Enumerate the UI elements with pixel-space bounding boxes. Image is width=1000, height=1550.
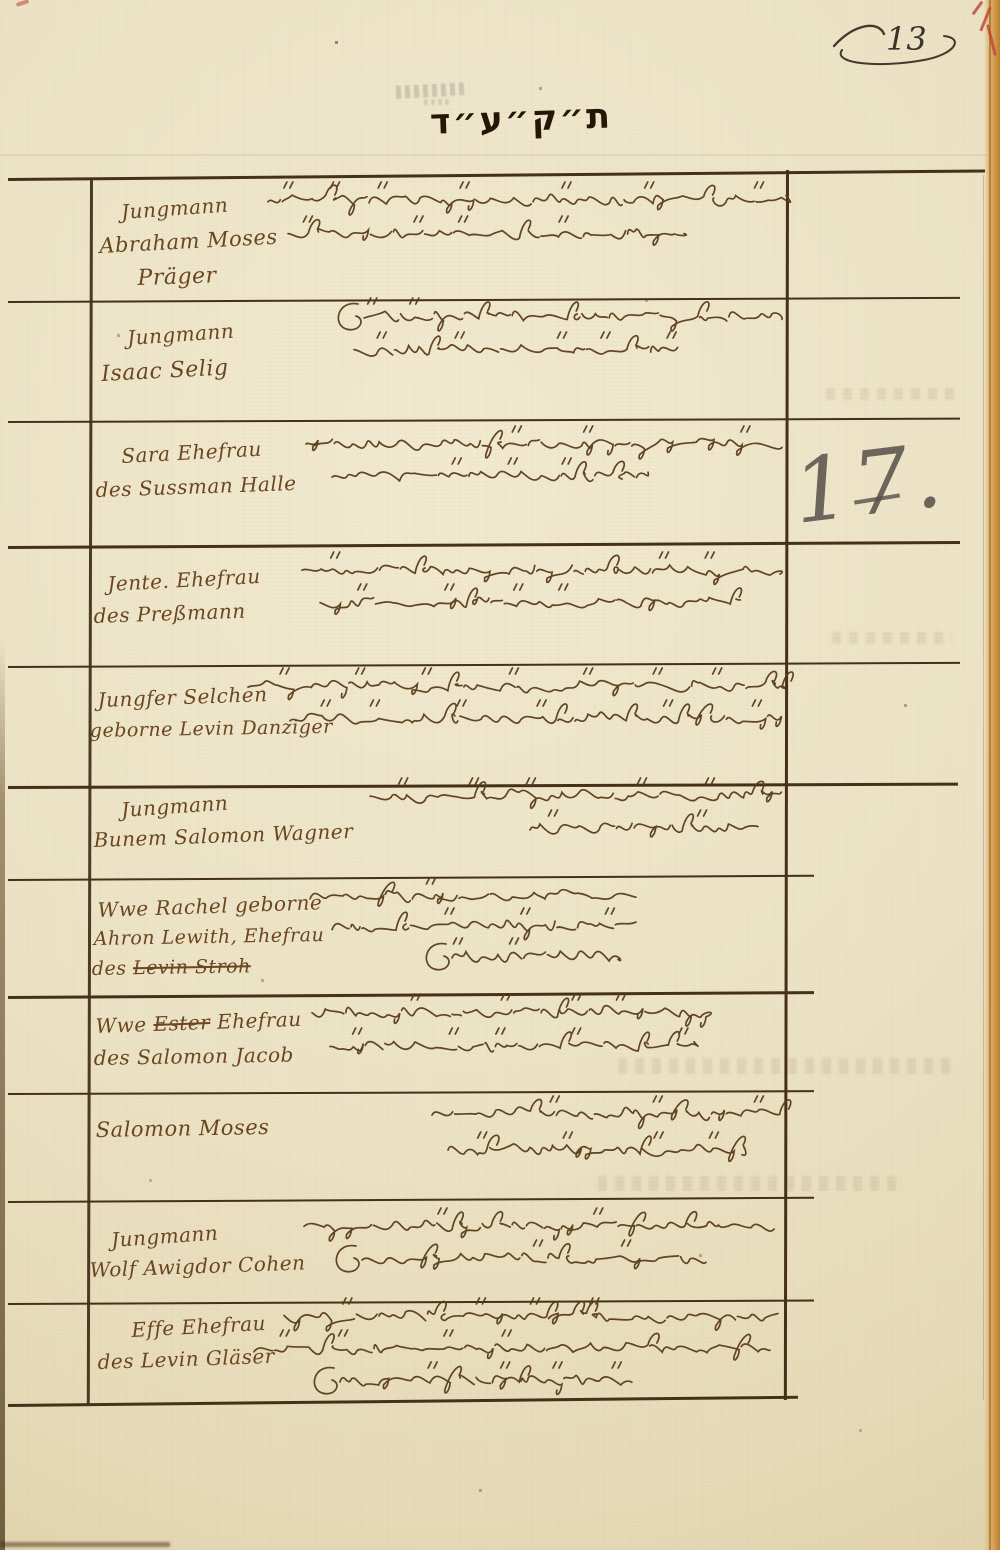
bleed-through-text	[618, 1058, 958, 1074]
entry-6-hebrew-script-line-2	[528, 808, 760, 852]
entry-1-name-line-1: Jungmann	[120, 193, 229, 224]
manuscript-page: 13 ת״ק״ע״ד JungmannAbraham MosesPrägerJu…	[0, 0, 1000, 1550]
struck-text: Ester	[153, 1010, 211, 1036]
entry-3-name-line-2: des Sussman Halle	[95, 471, 297, 502]
table-rule-v-2	[983, 175, 984, 1400]
red-crayon-mark	[16, 0, 30, 7]
page-bottom-edge	[0, 1542, 170, 1547]
entry-4-name-line-2: des Preßmann	[93, 599, 246, 628]
entry-11-name-line-2: des Levin Gläser	[97, 1344, 275, 1374]
entry-11-hebrew-script-line-3	[308, 1360, 636, 1404]
entry-8-name-line-2: des Salomon Jacob	[94, 1043, 294, 1070]
entry-1-name-line-2: Abraham Moses	[99, 225, 278, 258]
table-rule-v-0	[87, 178, 93, 1406]
entry-4-hebrew-script-line-2	[318, 582, 738, 626]
pencil-annotation: 17.	[787, 423, 950, 544]
entry-2-name-line-1: Jungmann	[126, 319, 235, 350]
entry-4-name-line-1: Jente. Ehefrau	[107, 564, 261, 596]
hebrew-year-heading: ת״ק״ע״ד	[429, 97, 590, 143]
entry-5-name-line-1: Jungfer Selchen	[97, 682, 268, 712]
entry-10-name-line-1: Jungmann	[110, 1221, 219, 1252]
page-number-block: 13	[828, 8, 988, 72]
page-right-edge-line	[989, 0, 991, 1550]
table-rule-h-9	[8, 1197, 814, 1204]
entry-7-hebrew-script-line-3	[420, 936, 620, 980]
entry-2-hebrew-script-line-2	[352, 330, 682, 374]
entry-8-name-line-1: Wwe Ester Ehefrau	[95, 1007, 302, 1038]
entry-10-name-line-2: Wolf Awigdor Cohen	[89, 1250, 306, 1282]
entry-6-name-line-2: Bunem Salomon Wagner	[93, 819, 353, 852]
entry-5-hebrew-script-line-2	[288, 698, 784, 742]
entry-3-hebrew-script-line-2	[330, 456, 650, 500]
entry-7-name-line-1: Wwe Rachel geborne	[97, 890, 322, 922]
page-left-edge	[0, 640, 5, 1550]
page-number: 13	[886, 20, 927, 58]
entry-10-hebrew-script-line-2	[330, 1238, 708, 1282]
entry-1-hebrew-script-line-2	[286, 214, 686, 258]
entry-7-name-line-2: Ahron Lewith, Ehefrau	[94, 924, 325, 950]
page-right-edge	[984, 0, 1000, 1550]
paper-crease	[0, 154, 1000, 156]
entry-1-name-line-3: Präger	[137, 263, 217, 291]
table-rule-h-0	[8, 169, 985, 180]
entry-11-name-line-1: Effe Ehefrau	[131, 1311, 267, 1342]
page-number-flourish: 13	[828, 8, 988, 72]
table-rule-h-2	[8, 418, 960, 424]
entry-9-hebrew-script-line-2	[444, 1130, 744, 1174]
bleed-through-text	[598, 1176, 898, 1191]
entry-9-name-line-1: Salomon Moses	[96, 1115, 270, 1142]
entry-3-name-line-1: Sara Ehefrau	[121, 437, 263, 468]
entry-2-name-line-2: Isaac Selig	[101, 355, 229, 387]
table-rule-h-3	[8, 541, 960, 549]
struck-text: Levin Stroh	[133, 955, 251, 979]
entry-7-name-line-3: des Levin Stroh	[92, 955, 251, 980]
bleed-through-text	[826, 388, 956, 400]
entry-6-name-line-1: Jungmann	[120, 791, 229, 822]
paper-specks	[0, 0, 1, 1]
bleed-through-text	[832, 632, 952, 644]
pencil-scribble	[396, 82, 469, 99]
